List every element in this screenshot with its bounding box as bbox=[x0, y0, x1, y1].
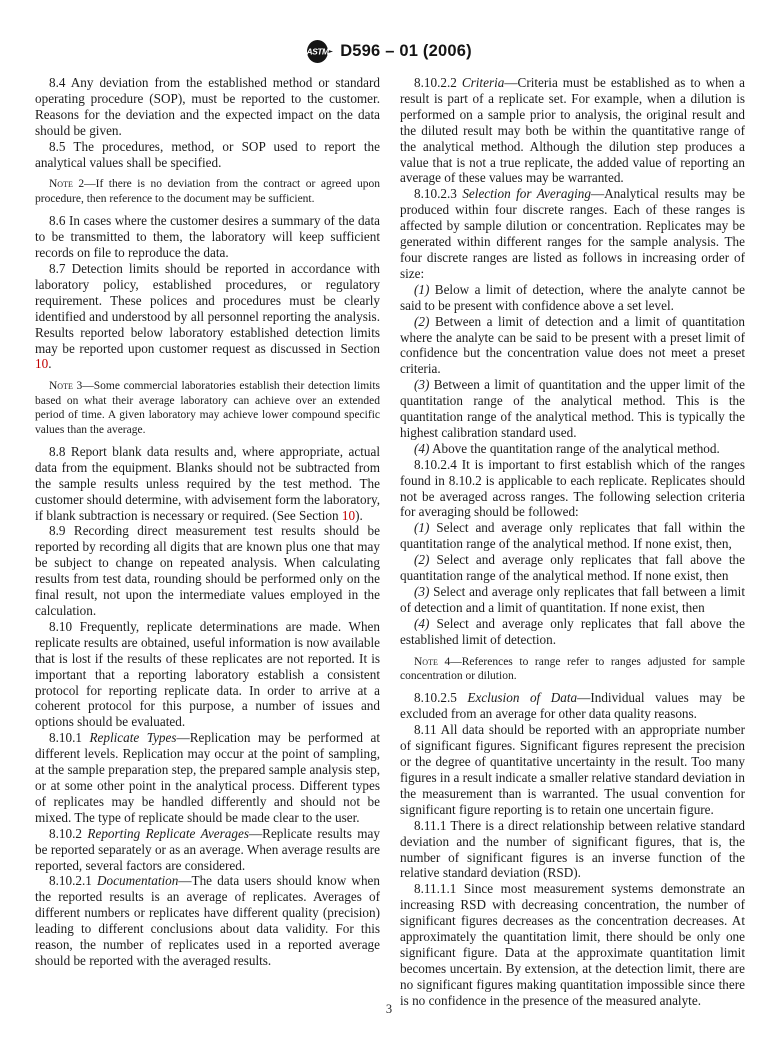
text-segment: Note 3 bbox=[49, 380, 82, 392]
paragraph: (2) Select and average only replicates t… bbox=[400, 552, 745, 584]
text-segment: 8.5 The procedures, method, or SOP used … bbox=[35, 139, 380, 170]
document-page: ASTM D596 – 01 (2006) 8.4 Any deviation … bbox=[0, 0, 778, 1041]
text-segment: 8.10.2.2 bbox=[414, 75, 462, 90]
note-paragraph: Note 3—Some commercial laboratories esta… bbox=[35, 379, 380, 437]
page-footer: 3 bbox=[0, 1002, 778, 1017]
text-segment: Reporting Replicate Averages bbox=[87, 826, 249, 841]
text-segment: 8.9 Recording direct measurement test re… bbox=[35, 523, 380, 618]
text-segment: —Criteria must be established as to when… bbox=[400, 75, 745, 185]
text-segment: 8.10.1 bbox=[49, 730, 89, 745]
text-segment: (4) bbox=[414, 441, 429, 456]
text-segment: 8.10 Frequently, replicate determination… bbox=[35, 619, 380, 729]
text-segment: 8.10.2.5 bbox=[414, 690, 467, 705]
svg-text:ASTM: ASTM bbox=[306, 47, 330, 57]
note-paragraph: Note 4—References to range refer to rang… bbox=[400, 655, 745, 684]
left-column: 8.4 Any deviation from the established m… bbox=[35, 75, 380, 1009]
text-segment: Note 2 bbox=[49, 178, 84, 190]
text-segment: ). bbox=[355, 508, 363, 523]
text-segment: (3) bbox=[414, 584, 429, 599]
page-number: 3 bbox=[386, 1002, 392, 1016]
paragraph: (4) Select and average only replicates t… bbox=[400, 616, 745, 648]
paragraph: 8.6 In cases where the customer desires … bbox=[35, 213, 380, 261]
text-segment: 8.10.2 bbox=[49, 826, 87, 841]
text-segment: 8.11.1.1 Since most measurement systems … bbox=[400, 881, 745, 1007]
paragraph: (1) Select and average only replicates t… bbox=[400, 520, 745, 552]
text-segment: 8.11.1 There is a direct relationship be… bbox=[400, 818, 745, 881]
paragraph: 8.11 All data should be reported with an… bbox=[400, 722, 745, 817]
paragraph: (3) Between a limit of quantitation and … bbox=[400, 377, 745, 441]
paragraph: 8.10.2.3 Selection for Averaging—Analyti… bbox=[400, 186, 745, 281]
text-segment: —If there is no deviation from the contr… bbox=[35, 178, 380, 204]
paragraph: (4) Above the quantitation range of the … bbox=[400, 441, 745, 457]
astm-logo-icon: ASTM bbox=[306, 39, 333, 64]
section-reference-link[interactable]: 10 bbox=[35, 356, 48, 371]
paragraph: 8.10.2.4 It is important to first establ… bbox=[400, 457, 745, 521]
note-paragraph: Note 2—If there is no deviation from the… bbox=[35, 177, 380, 206]
text-segment: Exclusion of Data bbox=[467, 690, 577, 705]
text-segment: 8.8 Report blank data results and, where… bbox=[35, 444, 380, 523]
paragraph: (2) Between a limit of detection and a l… bbox=[400, 314, 745, 378]
text-segment: 8.11 All data should be reported with an… bbox=[400, 722, 745, 817]
page-header: ASTM D596 – 01 (2006) bbox=[0, 0, 778, 65]
text-segment: (3) bbox=[414, 377, 429, 392]
paragraph: 8.11.1 There is a direct relationship be… bbox=[400, 818, 745, 882]
paragraph: 8.9 Recording direct measurement test re… bbox=[35, 523, 380, 618]
text-segment: 8.7 Detection limits should be reported … bbox=[35, 261, 380, 356]
text-segment: (1) bbox=[414, 520, 429, 535]
paragraph: 8.8 Report blank data results and, where… bbox=[35, 444, 380, 524]
text-segment: Selection for Averaging bbox=[462, 186, 591, 201]
paragraph: 8.5 The procedures, method, or SOP used … bbox=[35, 139, 380, 171]
paragraph: 8.10 Frequently, replicate determination… bbox=[35, 619, 380, 730]
text-segment: 8.10.2.1 bbox=[49, 873, 97, 888]
paragraph: 8.10.1 Replicate Types—Replication may b… bbox=[35, 730, 380, 825]
text-segment: Select and average only replicates that … bbox=[400, 552, 745, 583]
text-segment: —References to range refer to ranges adj… bbox=[400, 656, 745, 682]
paragraph: 8.10.2 Reporting Replicate Averages—Repl… bbox=[35, 826, 380, 874]
text-segment: Select and average only replicates that … bbox=[400, 584, 745, 615]
text-segment: 8.10.2.4 It is important to first establ… bbox=[400, 457, 745, 520]
paragraph: (3) Select and average only replicates t… bbox=[400, 584, 745, 616]
text-segment: Note 4 bbox=[414, 656, 450, 668]
document-body: 8.4 Any deviation from the established m… bbox=[0, 65, 778, 1009]
text-segment: . bbox=[48, 356, 51, 371]
text-segment: Select and average only replicates that … bbox=[400, 520, 745, 551]
text-segment: Between a limit of quantitation and the … bbox=[400, 377, 745, 440]
text-segment: Select and average only replicates that … bbox=[400, 616, 745, 647]
right-column: 8.10.2.2 Criteria—Criteria must be estab… bbox=[400, 75, 745, 1009]
section-reference-link[interactable]: 10 bbox=[342, 508, 355, 523]
text-segment: 8.6 In cases where the customer desires … bbox=[35, 213, 380, 260]
text-segment: Below a limit of detection, where the an… bbox=[400, 282, 745, 313]
paragraph: (1) Below a limit of detection, where th… bbox=[400, 282, 745, 314]
text-segment: Above the quantitation range of the anal… bbox=[429, 441, 719, 456]
paragraph: 8.10.2.2 Criteria—Criteria must be estab… bbox=[400, 75, 745, 186]
text-segment: Criteria bbox=[462, 75, 505, 90]
standard-designation: D596 – 01 (2006) bbox=[340, 42, 472, 61]
paragraph: 8.10.2.1 Documentation—The data users sh… bbox=[35, 873, 380, 968]
paragraph: 8.7 Detection limits should be reported … bbox=[35, 261, 380, 372]
text-segment: 8.4 Any deviation from the established m… bbox=[35, 75, 380, 138]
paragraph: 8.10.2.5 Exclusion of Data—Individual va… bbox=[400, 690, 745, 722]
text-segment: Between a limit of detection and a limit… bbox=[400, 314, 745, 377]
text-segment: Documentation bbox=[97, 873, 178, 888]
text-segment: (2) bbox=[414, 314, 429, 329]
paragraph: 8.4 Any deviation from the established m… bbox=[35, 75, 380, 139]
paragraph: 8.11.1.1 Since most measurement systems … bbox=[400, 881, 745, 1008]
text-segment: (1) bbox=[414, 282, 429, 297]
text-segment: 8.10.2.3 bbox=[414, 186, 462, 201]
text-segment: Replicate Types bbox=[89, 730, 176, 745]
text-segment: (2) bbox=[414, 552, 429, 567]
text-segment: —Some commercial laboratories establish … bbox=[35, 380, 380, 435]
text-segment: (4) bbox=[414, 616, 429, 631]
